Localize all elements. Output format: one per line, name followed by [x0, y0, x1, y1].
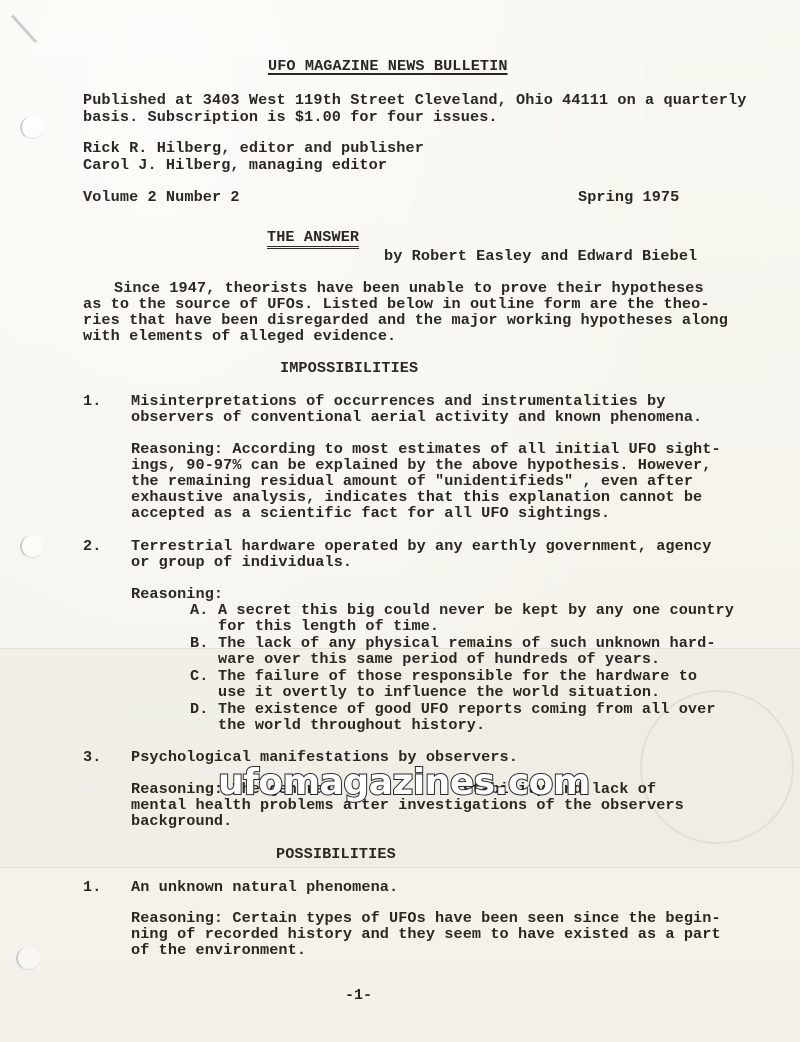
item-text: An unknown natural phenomena.	[131, 879, 398, 896]
point-letter: A.	[190, 602, 208, 619]
item-number: 3.	[83, 749, 101, 766]
point-letter: B.	[190, 635, 208, 652]
watermark-logo: ufomagazines.com	[218, 763, 590, 803]
point-text: the world throughout history.	[218, 717, 485, 734]
article-title: THE ANSWER	[267, 229, 359, 249]
reasoning-text: of the environment.	[131, 942, 306, 959]
item-number: 1.	[83, 879, 101, 896]
document-page: UFO MAGAZINE NEWS BULLETIN Published at …	[0, 0, 800, 1042]
reasoning-text: background.	[131, 813, 232, 830]
editor-credit: Rick R. Hilberg, editor and publisher	[83, 140, 424, 157]
punch-hole-middle	[20, 535, 44, 558]
punch-hole-top	[20, 116, 44, 139]
managing-editor-credit: Carol J. Hilberg, managing editor	[83, 157, 387, 174]
point-text: for this length of time.	[218, 618, 439, 635]
issue-season: Spring 1975	[578, 189, 679, 206]
reasoning-text: accepted as a scientific fact for all UF…	[131, 505, 610, 522]
intro-line: with elements of alleged evidence.	[83, 328, 396, 345]
point-letter: C.	[190, 668, 208, 685]
section-heading-possibilities: POSSIBILITIES	[276, 846, 396, 863]
section-heading-impossibilities: IMPOSSIBILITIES	[280, 360, 418, 377]
point-letter: D.	[190, 701, 208, 718]
item-number: 2.	[83, 538, 101, 555]
point-text: use it overtly to influence the world si…	[218, 684, 660, 701]
point-text: ware over this same period of hundreds o…	[218, 651, 660, 668]
page-number: -1-	[345, 987, 372, 1004]
reasoning-label: Reasoning:	[131, 586, 223, 603]
scratch-mark	[11, 14, 37, 43]
volume-number: Volume 2 Number 2	[83, 189, 240, 206]
bulletin-title: UFO MAGAZINE NEWS BULLETIN	[268, 58, 508, 75]
publication-info-line-2: basis. Subscription is $1.00 for four is…	[83, 109, 498, 126]
publication-info-line-1: Published at 3403 West 119th Street Clev…	[83, 92, 746, 109]
punch-hole-bottom	[16, 947, 40, 970]
item-text: observers of conventional aerial activit…	[131, 409, 702, 426]
item-number: 1.	[83, 393, 101, 410]
item-text: or group of individuals.	[131, 554, 352, 571]
article-byline: by Robert Easley and Edward Biebel	[384, 248, 697, 265]
